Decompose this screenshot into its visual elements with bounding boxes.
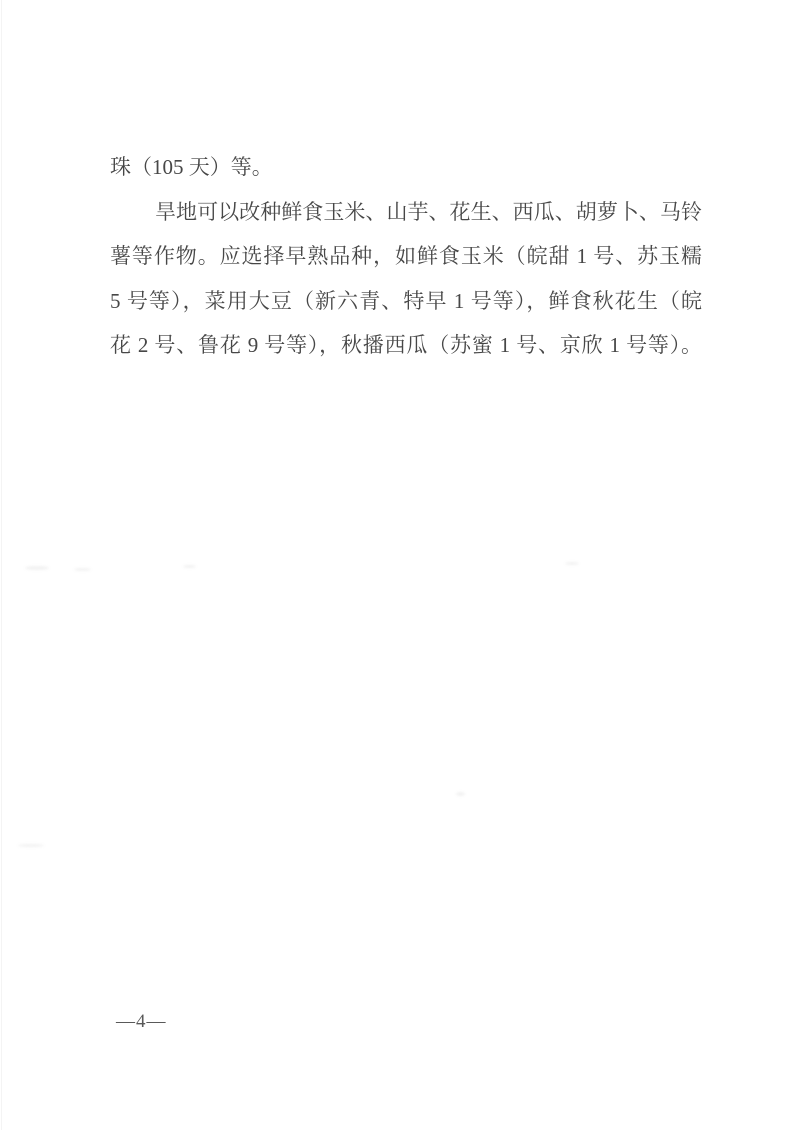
- text-line-paragraph-start: 旱地可以改种鲜食玉米、山芋、花生、西瓜、胡萝卜、马铃: [110, 190, 702, 235]
- text-line-paragraph-end: 花 2 号、鲁花 9 号等），秋播西瓜（苏蜜 1 号、京欣 1 号等）。: [110, 323, 702, 368]
- body-text-block: 珠（105 天）等。 旱地可以改种鲜食玉米、山芋、花生、西瓜、胡萝卜、马铃 薯等…: [110, 145, 702, 368]
- scan-smudge: [74, 568, 91, 571]
- text-line-continuation: 珠（105 天）等。: [110, 145, 702, 190]
- scan-smudge: [18, 844, 44, 847]
- scan-smudge: [456, 792, 465, 796]
- scan-smudge: [183, 565, 196, 568]
- scan-edge-artifact: [1, 0, 2, 1130]
- scan-smudge: [565, 562, 579, 565]
- scan-smudge: [25, 566, 49, 570]
- page-number: —4—: [116, 1010, 167, 1034]
- text-line: 薯等作物。应选择早熟品种，如鲜食玉米（皖甜 1 号、苏玉糯 2、: [110, 234, 702, 279]
- text-line: 5 号等），菜用大豆（新六青、特早 1 号等），鲜食秋花生（皖: [110, 279, 702, 324]
- document-page: 珠（105 天）等。 旱地可以改种鲜食玉米、山芋、花生、西瓜、胡萝卜、马铃 薯等…: [0, 0, 799, 1130]
- scanned-document: { "doc": { "lines": [ "珠（105 天）等。", "旱地可…: [0, 0, 799, 1130]
